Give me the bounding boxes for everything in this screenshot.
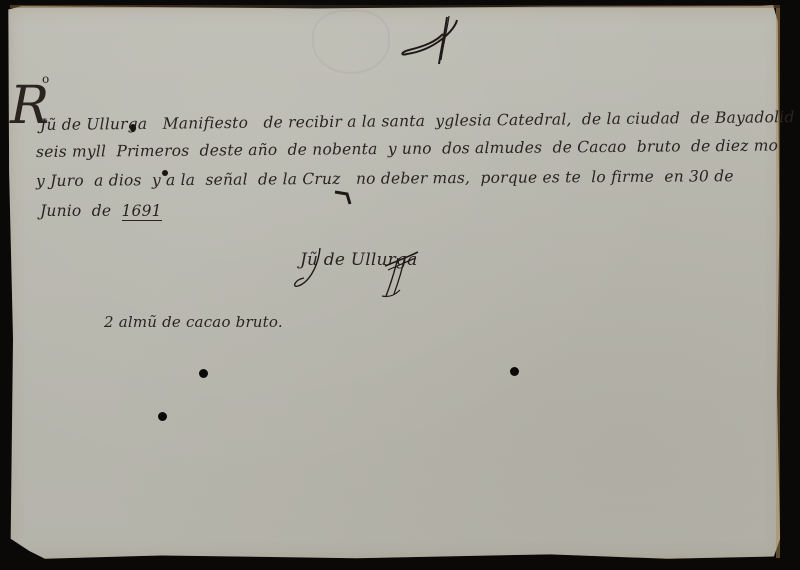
word: de recibir a la santa (263, 112, 425, 132)
ink-blot (130, 124, 136, 132)
word: lo firme (591, 168, 654, 186)
word: yglesia Catedral, (435, 110, 571, 129)
body-line-4: Junio de 1691 (40, 202, 162, 220)
binding-hole (158, 412, 167, 421)
word: porque es te (480, 168, 581, 187)
binding-hole (199, 369, 208, 378)
cross-mark-icon (333, 180, 355, 208)
word-month: Junio (40, 202, 81, 220)
word: y uno (388, 140, 432, 158)
word: y Juro (36, 172, 84, 190)
word: deste año (200, 141, 278, 160)
word: de la Cruz (258, 170, 341, 189)
rubric-flourish-icon (395, 12, 465, 67)
quantity-note: 2 almũ de cacao bruto. (104, 313, 283, 331)
scan-stage: R o Jũ de Ullurga Manifiesto de recibir… (0, 0, 800, 570)
word: Manifiesto (163, 114, 249, 133)
word: no deber mas, (356, 169, 470, 188)
binding-hole (510, 367, 519, 376)
word: a dios (94, 171, 142, 189)
word: dos almudes (442, 139, 542, 158)
signature-flourish-icon (290, 238, 430, 308)
word: bruto (637, 137, 681, 155)
ink-blot (162, 170, 168, 176)
word: de la ciudad (582, 109, 680, 128)
initial-superscript: o (42, 72, 49, 86)
word: en 30 de (664, 167, 734, 185)
word: de diez mo (691, 137, 778, 156)
paper-edge-top (10, 5, 780, 8)
paper-edge-right (776, 8, 780, 558)
word: de Bayadolid (690, 108, 794, 127)
date-year: 1691 (122, 202, 162, 221)
word: de (92, 202, 112, 220)
word: Primeros (116, 142, 189, 161)
word: de Cacao (552, 138, 626, 157)
word: y a la (152, 171, 195, 189)
word: señal (205, 171, 247, 189)
word: seis myll (36, 142, 106, 161)
watermark-seal (312, 10, 390, 74)
word: de nobenta (288, 140, 378, 159)
